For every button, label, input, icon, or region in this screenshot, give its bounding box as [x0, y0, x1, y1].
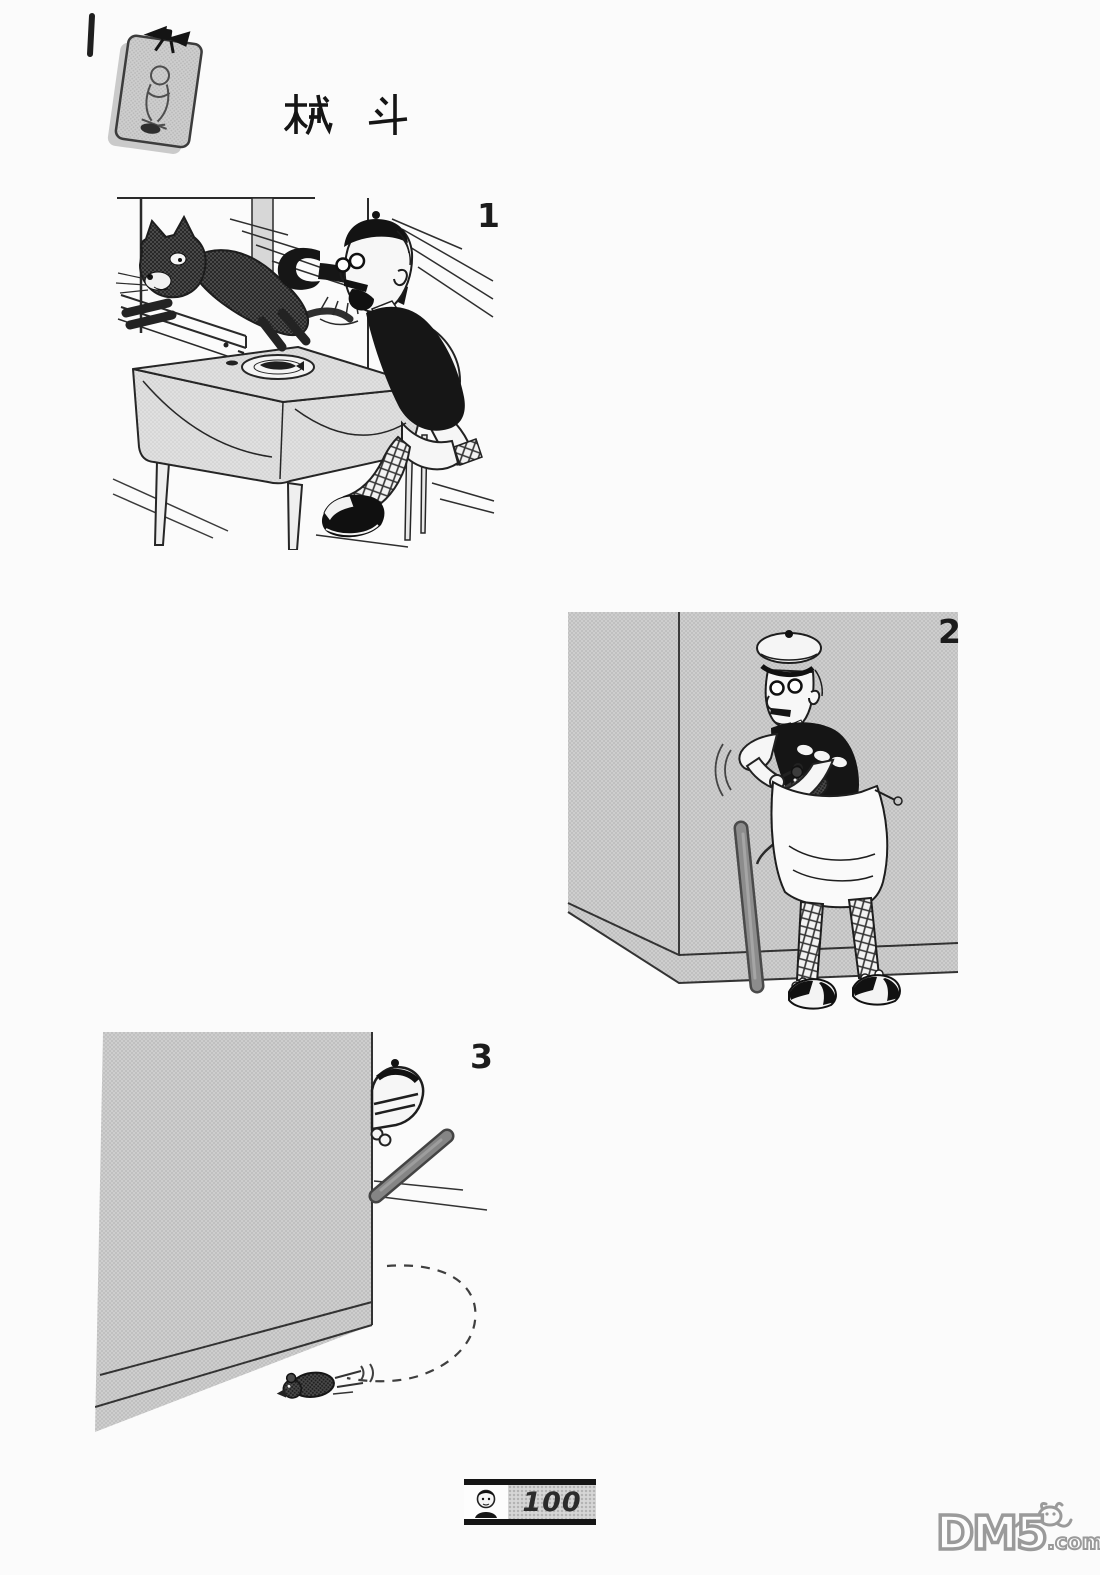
- panel-number: 3: [470, 1040, 493, 1073]
- panel-number: 2: [938, 615, 961, 648]
- shoes: [789, 975, 900, 1008]
- comic-page: 械 斗: [0, 0, 1100, 1575]
- page-number: 100: [508, 1485, 596, 1519]
- dm5-watermark: DM5 .com: [936, 1510, 1100, 1570]
- panel-2-illustration: [565, 610, 965, 1015]
- panel-number: 1: [477, 199, 500, 232]
- glasses: [350, 254, 364, 268]
- dining-table: [133, 343, 428, 551]
- panel-3: 3: [95, 1028, 495, 1443]
- watermark-suffix: .com: [1047, 1532, 1100, 1553]
- page-title: 械 斗: [281, 90, 415, 140]
- badge-bottom-bar: [464, 1519, 596, 1525]
- title-glyphs: [281, 90, 415, 140]
- wall-corner: [95, 1032, 372, 1432]
- stamp-icon: [106, 18, 224, 170]
- floor-lines: [113, 479, 228, 538]
- watermark-brand: DM5: [936, 1510, 1046, 1556]
- panel-1-illustration: [110, 195, 495, 550]
- panel-1: 1: [110, 195, 495, 550]
- panel-2: 2: [565, 610, 965, 1015]
- leaping-cat: [116, 217, 360, 347]
- panel-3-illustration: [95, 1028, 495, 1443]
- wind-up-mouse: [275, 1369, 335, 1400]
- mouse-speed-lines: [333, 1371, 363, 1394]
- footer-page-badge: 100: [464, 1479, 596, 1525]
- character-head-icon: [464, 1485, 508, 1519]
- glasses: [771, 682, 784, 695]
- scan-artifact-mark: [87, 13, 95, 57]
- peeking-cap: [372, 1059, 424, 1146]
- apron: [772, 782, 888, 907]
